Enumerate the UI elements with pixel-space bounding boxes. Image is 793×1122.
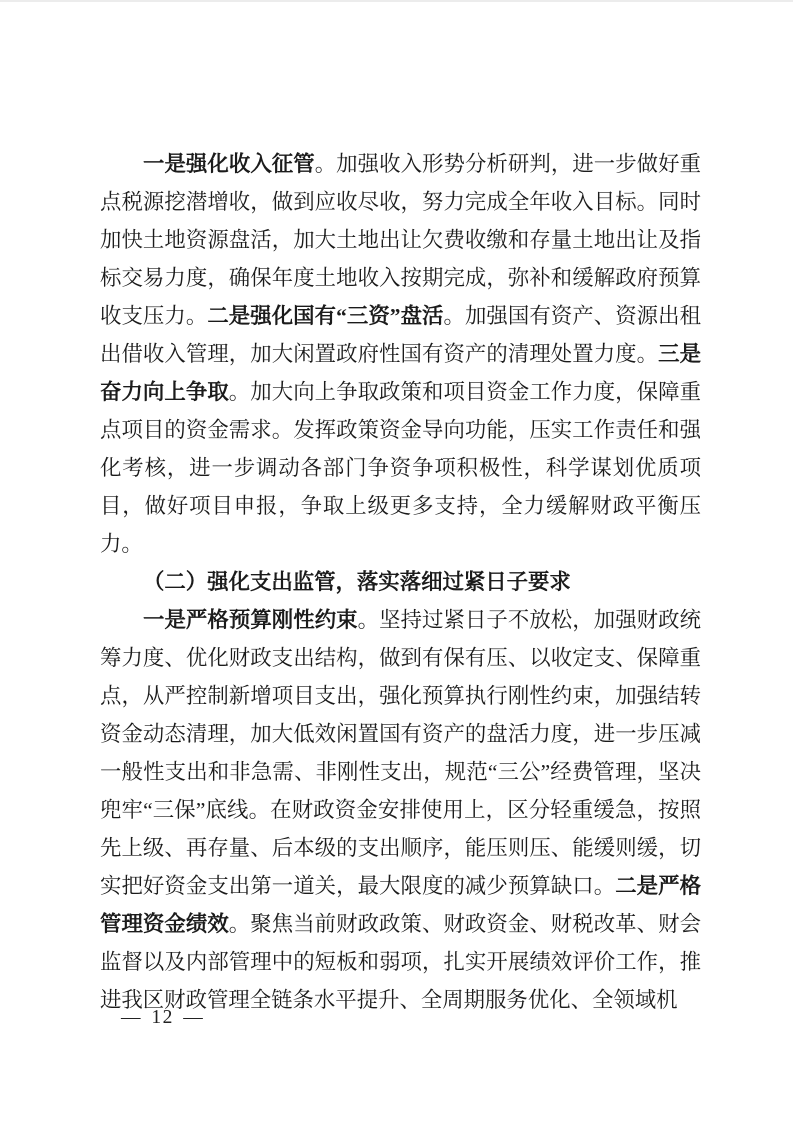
page-number: — 12 — xyxy=(121,1006,204,1030)
section-heading-text: （二）强化支出监管，落实落细过紧日子要求 xyxy=(143,570,571,594)
body-text-budget-constraint: 。坚持过紧日子不放松，加强财政统筹力度、优化财政支出结构，做到有保有压、以收定支… xyxy=(100,608,701,898)
bold-lead-income-collection: 一是强化收入征管 xyxy=(143,152,315,176)
document-page: 一是强化收入征管。加强收入形势分析研判，进一步做好重点税源挖潜增收，做到应收尽收… xyxy=(0,0,793,1122)
bold-lead-budget-constraint: 一是严格预算刚性约束 xyxy=(143,608,358,632)
body-text-upper-support: 。加大向上争取政策和项目资金工作力度，保障重点项目的资金需求。发挥政策资金导向功… xyxy=(100,380,701,556)
body-text-income-collection: 。加强收入形势分析研判，进一步做好重点税源挖潜增收，做到应收尽收，努力完成全年收… xyxy=(100,152,701,328)
paragraph-expenditure-measures: 一是严格预算刚性约束。坚持过紧日子不放松，加强财政统筹力度、优化财政支出结构，做… xyxy=(100,601,701,1019)
scan-top-edge xyxy=(0,0,793,2)
paragraph-revenue-measures: 一是强化收入征管。加强收入形势分析研判，进一步做好重点税源挖潜增收，做到应收尽收… xyxy=(100,145,701,563)
document-body: 一是强化收入征管。加强收入形势分析研判，进一步做好重点税源挖潜增收，做到应收尽收… xyxy=(100,145,701,1019)
section-heading-expenditure-supervision: （二）强化支出监管，落实落细过紧日子要求 xyxy=(100,563,701,601)
bold-lead-state-assets: 二是强化国有“三资”盘活 xyxy=(207,304,443,328)
